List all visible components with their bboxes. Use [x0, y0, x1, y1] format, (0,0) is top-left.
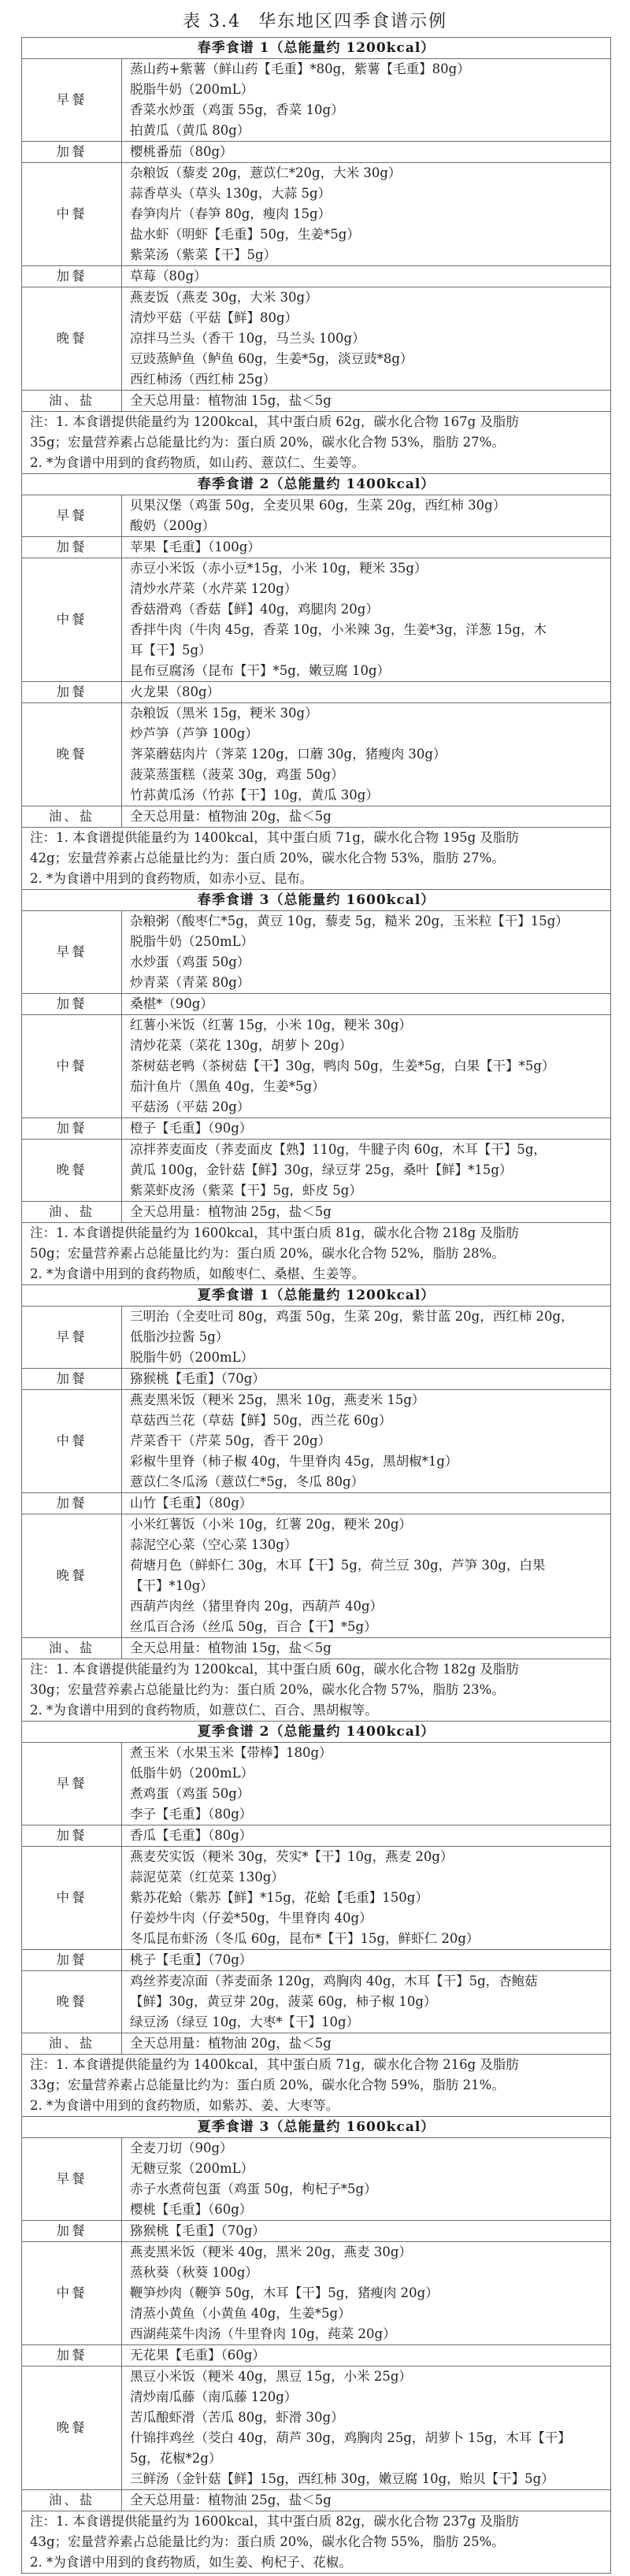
meal-label: 早餐: [22, 59, 122, 142]
dish-text-line: 清炒南瓜藤（南瓜藤 120g）: [130, 2387, 606, 2407]
meal-row: 油、盐全天总用量：植物油 25g，盐＜5g: [22, 1202, 611, 1223]
dish-item: 茄汁鱼片（黑鱼 40g，生姜*5g）: [130, 1077, 606, 1097]
meal-label: 晚餐: [22, 287, 122, 391]
meal-row: 中餐赤豆小米饭（赤小豆*15g，小米 10g，粳米 35g）清炒水芹菜（水芹菜 …: [22, 558, 611, 682]
dish-item: 李子【毛重】（80g）: [130, 1804, 606, 1825]
dish-item: 全天总用量：植物油 15g，盐＜5g: [130, 391, 606, 411]
meal-row: 早餐贝果汉堡（鸡蛋 50g，全麦贝果 60g，生菜 20g，西红柿 30g）酸奶…: [22, 495, 611, 537]
dish-item: 蒜泥空心菜（空心菜 130g）: [130, 1535, 606, 1555]
dish-item: 脱脂牛奶（200mL）: [130, 80, 606, 100]
meal-label: 加餐: [22, 142, 122, 163]
dish-item: 昆布豆腐汤（昆布【干】*5g，嫩豆腐 10g）: [130, 661, 606, 681]
meal-label: 晚餐: [22, 2367, 122, 2490]
dish-text-line: 全天总用量：植物油 25g，盐＜5g: [130, 2490, 606, 2511]
dish-text-line: 全天总用量：植物油 15g，盐＜5g: [130, 1638, 606, 1659]
meal-label: 早餐: [22, 1307, 122, 1369]
dish-item: 什锦拌鸡丝（茭白 40g，葫芦 30g，鸡胸肉 25g，胡萝卜 15g，木耳【干…: [130, 2428, 606, 2469]
note-line: 42g；宏量营养素占总能量比约为：蛋白质 20%，碳水化合物 53%，脂肪 27…: [30, 848, 606, 869]
meal-label: 油、盐: [22, 1202, 122, 1223]
meal-label: 中餐: [22, 163, 122, 266]
dish-text-line: 5g，花椒*2g）: [130, 2448, 606, 2469]
dish-text-line: 黄瓜 100g，金针菇【鲜】30g，绿豆芽 25g，桑叶【鲜】*15g）: [130, 1160, 606, 1181]
dish-text-line: 猕猴桃【毛重】（70g）: [130, 2221, 606, 2241]
note-line: 33g；宏量营养素占总能量比约为：蛋白质 20%，碳水化合物 59%，脂肪 21…: [30, 2075, 606, 2096]
meal-items: 小米红薯饭（小米 10g，红薯 20g，粳米 20g）蒜泥空心菜（空心菜 130…: [122, 1514, 611, 1638]
dish-text-line: 无花果【毛重】（60g）: [130, 2345, 606, 2366]
dish-item: 燕麦黑米饭（粳米 25g，黑米 10g，燕麦米 15g）: [130, 1390, 606, 1410]
meal-row: 晚餐杂粮饭（黑米 15g，粳米 30g）炒芦笋（芦笋 100g）荠菜蘑菇肉片（荠…: [22, 703, 611, 806]
menu-notes-row: 注：1. 本食谱提供能量约为 1400kcal，其中蛋白质 71g，碳水化合物 …: [22, 2055, 611, 2117]
dish-item: 樱桃【毛重】（60g）: [130, 2200, 606, 2220]
meal-items: 燕麦黑米饭（粳米 25g，黑米 10g，燕麦米 15g）草菇西兰花（草菇【鲜】5…: [122, 1390, 611, 1493]
menu-section-header-row: 春季食谱 3（总能量约 1600kcal）: [22, 890, 611, 911]
dish-item: 黑豆小米饭（粳米 40g，黑豆 15g，小米 25g）: [130, 2367, 606, 2387]
dish-item: 杂粮饭（藜麦 20g，薏苡仁*20g，大米 30g）: [130, 163, 606, 183]
meal-row: 加餐无花果【毛重】（60g）: [22, 2345, 611, 2367]
meal-row: 晚餐鸡丝荞麦凉面（荞麦面条 120g，鸡胸肉 40g，木耳【干】5g，杏鲍菇【鲜…: [22, 1971, 611, 2033]
dish-item: 红薯小米饭（红薯 15g，小米 10g，粳米 30g）: [130, 1015, 606, 1036]
note-line: 注：1. 本食谱提供能量约为 1400kcal，其中蛋白质 71g，碳水化合物 …: [30, 2055, 606, 2075]
meal-items: 黑豆小米饭（粳米 40g，黑豆 15g，小米 25g）清炒南瓜藤（南瓜藤 120…: [122, 2367, 611, 2490]
dish-text-line: 清蒸小黄鱼（小黄鱼 40g，生姜*5g）: [130, 2304, 606, 2324]
meal-label: 早餐: [22, 495, 122, 537]
dish-item: 平菇汤（平菇 20g）: [130, 1097, 606, 1118]
dish-item: 三鲜汤（金针菇【鲜】15g，西红柿 30g，嫩豆腐 10g，贻贝【干】5g）: [130, 2469, 606, 2489]
dish-text-line: 脱脂牛奶（200mL）: [130, 80, 606, 100]
dish-text-line: 茶树菇老鸭（茶树菇【干】30g，鸭肉 50g，生姜*5g，白果【干】*5g）: [130, 1056, 606, 1077]
meal-label: 加餐: [22, 537, 122, 558]
meal-items: 桃子【毛重】（70g）: [122, 1950, 611, 1971]
dish-text-line: 火龙果（80g）: [130, 682, 606, 702]
dish-item: 酸奶（200g）: [130, 516, 606, 536]
menu-notes: 注：1. 本食谱提供能量约为 1600kcal，其中蛋白质 81g，碳水化合物 …: [22, 1223, 611, 1285]
dish-text-line: 荠菜蘑菇肉片（荠菜 120g，口蘑 30g，猪瘦肉 30g）: [130, 744, 606, 765]
dish-text-line: 低脂沙拉酱 5g）: [130, 1327, 606, 1347]
meal-row: 中餐燕麦芡实饭（粳米 30g，芡实*【干】10g，燕麦 20g）蒜泥苋菜（红苋菜…: [22, 1847, 611, 1950]
meal-items: 橙子【毛重】（90g）: [122, 1118, 611, 1140]
dish-item: 全麦刀切（90g）: [130, 2138, 606, 2159]
dish-text-line: 清炒花菜（菜花 130g，胡萝卜 20g）: [130, 1036, 606, 1056]
meal-label: 油、盐: [22, 1638, 122, 1659]
dish-text-line: 丝瓜百合汤（丝瓜 50g，百合【干】*5g）: [130, 1617, 606, 1637]
meal-row: 中餐燕麦黑米饭（粳米 25g，黑米 10g，燕麦米 15g）草菇西兰花（草菇【鲜…: [22, 1390, 611, 1493]
dish-text-line: 凉拌荞麦面皮（荞麦面皮【熟】110g，牛腱子肉 60g，木耳【干】5g，: [130, 1140, 606, 1160]
meal-items: 猕猴桃【毛重】（70g）: [122, 2221, 611, 2242]
dish-item: 低脂牛奶（200mL）: [130, 1763, 606, 1784]
dish-item: 煮鸡蛋（鸡蛋 50g）: [130, 1784, 606, 1804]
dish-item: 赤豆小米饭（赤小豆*15g，小米 10g，粳米 35g）: [130, 558, 606, 579]
meal-items: 燕麦饭（燕麦 30g，大米 30g）清炒平菇（平菇【鲜】80g）凉拌马兰头（香干…: [122, 287, 611, 391]
dish-text-line: 贝果汉堡（鸡蛋 50g，全麦贝果 60g，生菜 20g，西红柿 30g）: [130, 495, 606, 516]
dish-text-line: 杂粮饭（藜麦 20g，薏苡仁*20g，大米 30g）: [130, 163, 606, 183]
dish-text-line: 脱脂牛奶（250mL）: [130, 932, 606, 952]
dish-item: 拍黄瓜（黄瓜 80g）: [130, 120, 606, 141]
meal-label: 早餐: [22, 911, 122, 994]
meal-row: 加餐樱桃番茄（80g）: [22, 142, 611, 163]
dish-item: 全天总用量：植物油 15g，盐＜5g: [130, 1638, 606, 1659]
meal-label: 加餐: [22, 1369, 122, 1390]
dish-item: 苦瓜酿虾滑（苦瓜 80g，虾滑 30g）: [130, 2407, 606, 2428]
note-line: 35g；宏量营养素占总能量比约为：蛋白质 20%，碳水化合物 53%，脂肪 27…: [30, 432, 606, 453]
dish-text-line: 草莓（80g）: [130, 266, 606, 287]
meal-label: 早餐: [22, 2138, 122, 2221]
seasonal-menu-table: 春季食谱 1（总能量约 1200kcal）早餐蒸山药+紫薯（鲜山药【毛重】*80…: [21, 37, 611, 2574]
note-line: 注：1. 本食谱提供能量约为 1600kcal，其中蛋白质 82g，碳水化合物 …: [30, 2511, 606, 2532]
note-line: 50g；宏量营养素占总能量比约为：蛋白质 20%，碳水化合物 52%，脂肪 28…: [30, 1244, 606, 1264]
dish-item: 草莓（80g）: [130, 266, 606, 287]
dish-item: 仔姜炒牛肉（仔姜*50g，牛里脊肉 40g）: [130, 1908, 606, 1929]
dish-text-line: 山竹【毛重】（80g）: [130, 1493, 606, 1514]
dish-item: 杂粮粥（酸枣仁*5g，黄豆 10g，藜麦 5g，糙米 20g，玉米粒【干】15g…: [130, 911, 606, 932]
dish-item: 鞭笋炒肉（鞭笋 50g，木耳【干】5g，猪瘦肉 20g）: [130, 2283, 606, 2304]
dish-text-line: 红薯小米饭（红薯 15g，小米 10g，粳米 30g）: [130, 1015, 606, 1036]
dish-text-line: 什锦拌鸡丝（茭白 40g，葫芦 30g，鸡胸肉 25g，胡萝卜 15g，木耳【干…: [130, 2428, 606, 2448]
dish-item: 荠菜蘑菇肉片（荠菜 120g，口蘑 30g，猪瘦肉 30g）: [130, 744, 606, 765]
dish-text-line: 香菜水炒蛋（鸡蛋 55g，香菜 10g）: [130, 100, 606, 120]
meal-row: 油、盐全天总用量：植物油 15g，盐＜5g: [22, 391, 611, 412]
meal-label: 油、盐: [22, 2490, 122, 2511]
meal-label: 加餐: [22, 1825, 122, 1847]
dish-text-line: 无糖豆浆（200mL）: [130, 2159, 606, 2179]
dish-text-line: 苦瓜酿虾滑（苦瓜 80g，虾滑 30g）: [130, 2407, 606, 2428]
note-line: 2. *为食谱中用到的食药物质，如生姜、枸杞子、花椒。: [30, 2552, 606, 2573]
dish-text-line: 煮玉米（水果玉米【带棒】180g）: [130, 1743, 606, 1763]
dish-text-line: 炒青菜（青菜 80g）: [130, 973, 606, 993]
dish-item: 竹荪黄瓜汤（竹荪【干】10g，黄瓜 30g）: [130, 785, 606, 806]
dish-text-line: 脱脂牛奶（200mL）: [130, 1347, 606, 1368]
dish-text-line: 猕猴桃【毛重】（70g）: [130, 1369, 606, 1389]
dish-item: 香菇滑鸡（香菇【鲜】40g，鸡腿肉 20g）: [130, 599, 606, 620]
meal-row: 加餐苹果【毛重】（100g）: [22, 537, 611, 558]
dish-text-line: 清炒水芹菜（水芹菜 120g）: [130, 579, 606, 599]
dish-item: 煮玉米（水果玉米【带棒】180g）: [130, 1743, 606, 1763]
dish-item: 彩椒牛里脊（柿子椒 40g，牛里脊肉 45g，黑胡椒*1g）: [130, 1451, 606, 1472]
table-number: 表 3.4: [183, 12, 241, 32]
dish-text-line: 全天总用量：植物油 25g，盐＜5g: [130, 1202, 606, 1222]
menu-section-header-row: 夏季食谱 3（总能量约 1600kcal）: [22, 2117, 611, 2138]
dish-text-line: 鞭笋炒肉（鞭笋 50g，木耳【干】5g，猪瘦肉 20g）: [130, 2283, 606, 2304]
meal-items: 无花果【毛重】（60g）: [122, 2345, 611, 2367]
meal-row: 加餐桑椹*（90g）: [22, 994, 611, 1015]
meal-items: 山竹【毛重】（80g）: [122, 1493, 611, 1514]
dish-text-line: 荷塘月色（鲜虾仁 30g，木耳【干】5g，荷兰豆 30g，芦笋 30g，白果: [130, 1555, 606, 1576]
meal-label: 加餐: [22, 2221, 122, 2242]
dish-item: 紫菜汤（紫菜【干】5g）: [130, 245, 606, 265]
dish-text-line: 苹果【毛重】（100g）: [130, 537, 606, 558]
dish-item: 豆豉蒸鲈鱼（鲈鱼 60g，生姜*5g，淡豆豉*8g）: [130, 349, 606, 369]
dish-text-line: 蒜香草头（草头 130g，大蒜 5g）: [130, 183, 606, 204]
meal-items: 三明治（全麦吐司 80g，鸡蛋 50g，生菜 20g，紫甘蓝 20g，西红柿 2…: [122, 1307, 611, 1369]
note-line: 2. *为食谱中用到的食药物质，如薏苡仁、百合、黑胡椒等。: [30, 1700, 606, 1721]
dish-text-line: 全天总用量：植物油 20g，盐＜5g: [130, 2033, 606, 2054]
dish-text-line: 紫苏花蛤（紫苏【鲜】*15g，花蛤【毛重】150g）: [130, 1888, 606, 1908]
dish-item: 冬瓜昆布虾汤（冬瓜 60g，昆布*【干】15g，鲜虾仁 20g）: [130, 1929, 606, 1949]
dish-text-line: 【干】*10g）: [130, 1576, 606, 1596]
dish-text-line: 橙子【毛重】（90g）: [130, 1118, 606, 1139]
meal-label: 中餐: [22, 1015, 122, 1118]
dish-item: 猕猴桃【毛重】（70g）: [130, 2221, 606, 2241]
dish-text-line: 小米红薯饭（小米 10g，红薯 20g，粳米 20g）: [130, 1514, 606, 1535]
dish-text-line: 炒芦笋（芦笋 100g）: [130, 724, 606, 744]
meal-row: 加餐山竹【毛重】（80g）: [22, 1493, 611, 1514]
meal-items: 鸡丝荞麦凉面（荞麦面条 120g，鸡胸肉 40g，木耳【干】5g，杏鲍菇【鲜】3…: [122, 1971, 611, 2033]
meal-items: 全天总用量：植物油 20g，盐＜5g: [122, 2033, 611, 2055]
dish-text-line: 冬瓜昆布虾汤（冬瓜 60g，昆布*【干】15g，鲜虾仁 20g）: [130, 1929, 606, 1949]
meal-label: 油、盐: [22, 806, 122, 828]
meal-row: 油、盐全天总用量：植物油 15g，盐＜5g: [22, 1638, 611, 1659]
meal-label: 加餐: [22, 2345, 122, 2367]
meal-row: 油、盐全天总用量：植物油 20g，盐＜5g: [22, 806, 611, 828]
meal-items: 全天总用量：植物油 20g，盐＜5g: [122, 806, 611, 828]
meal-row: 加餐橙子【毛重】（90g）: [22, 1118, 611, 1140]
dish-text-line: 黑豆小米饭（粳米 40g，黑豆 15g，小米 25g）: [130, 2367, 606, 2387]
meal-label: 晚餐: [22, 1971, 122, 2033]
dish-item: 蒜香草头（草头 130g，大蒜 5g）: [130, 183, 606, 204]
dish-text-line: 茄汁鱼片（黑鱼 40g，生姜*5g）: [130, 1077, 606, 1097]
meal-label: 中餐: [22, 1847, 122, 1950]
meal-row: 晚餐小米红薯饭（小米 10g，红薯 20g，粳米 20g）蒜泥空心菜（空心菜 1…: [22, 1514, 611, 1638]
note-line: 2. *为食谱中用到的食药物质，如赤小豆、昆布。: [30, 869, 606, 889]
dish-text-line: 樱桃番茄（80g）: [130, 142, 606, 162]
menu-notes: 注：1. 本食谱提供能量约为 1400kcal，其中蛋白质 71g，碳水化合物 …: [22, 2055, 611, 2117]
meal-row: 早餐蒸山药+紫薯（鲜山药【毛重】*80g，紫薯【毛重】80g）脱脂牛奶（200m…: [22, 59, 611, 142]
dish-item: 燕麦饭（燕麦 30g，大米 30g）: [130, 287, 606, 308]
dish-text-line: 拍黄瓜（黄瓜 80g）: [130, 120, 606, 141]
dish-text-line: 三鲜汤（金针菇【鲜】15g，西红柿 30g，嫩豆腐 10g，贻贝【干】5g）: [130, 2469, 606, 2489]
meal-row: 中餐红薯小米饭（红薯 15g，小米 10g，粳米 30g）清炒花菜（菜花 130…: [22, 1015, 611, 1118]
dish-text-line: 低脂牛奶（200mL）: [130, 1763, 606, 1784]
dish-text-line: 薏苡仁冬瓜汤（薏苡仁*5g，冬瓜 80g）: [130, 1472, 606, 1492]
dish-text-line: 耳【干】5g）: [130, 640, 606, 661]
dish-item: 清炒花菜（菜花 130g，胡萝卜 20g）: [130, 1036, 606, 1056]
menu-section-title: 春季食谱 3（总能量约 1600kcal）: [22, 890, 611, 911]
dish-text-line: 全麦刀切（90g）: [130, 2138, 606, 2159]
meal-row: 早餐全麦刀切（90g）无糖豆浆（200mL）赤子水煮荷包蛋（鸡蛋 50g，枸杞子…: [22, 2138, 611, 2221]
dish-item: 赤子水煮荷包蛋（鸡蛋 50g，枸杞子*5g）: [130, 2179, 606, 2200]
dish-text-line: 杂粮饭（黑米 15g，粳米 30g）: [130, 703, 606, 724]
dish-item: 清炒南瓜藤（南瓜藤 120g）: [130, 2387, 606, 2407]
dish-item: 猕猴桃【毛重】（70g）: [130, 1369, 606, 1389]
meal-items: 杂粮饭（藜麦 20g，薏苡仁*20g，大米 30g）蒜香草头（草头 130g，大…: [122, 163, 611, 266]
dish-text-line: 彩椒牛里脊（柿子椒 40g，牛里脊肉 45g，黑胡椒*1g）: [130, 1451, 606, 1472]
dish-text-line: 蒜泥空心菜（空心菜 130g）: [130, 1535, 606, 1555]
dish-item: 桑椹*（90g）: [130, 994, 606, 1014]
dish-item: 丝瓜百合汤（丝瓜 50g，百合【干】*5g）: [130, 1617, 606, 1637]
dish-item: 三明治（全麦吐司 80g，鸡蛋 50g，生菜 20g，紫甘蓝 20g，西红柿 2…: [130, 1307, 606, 1347]
meal-row: 加餐猕猴桃【毛重】（70g）: [22, 2221, 611, 2242]
dish-text-line: 全天总用量：植物油 20g，盐＜5g: [130, 806, 606, 827]
meal-items: 火龙果（80g）: [122, 682, 611, 703]
dish-item: 脱脂牛奶（250mL）: [130, 932, 606, 952]
meal-row: 加餐草莓（80g）: [22, 266, 611, 287]
meal-items: 全天总用量：植物油 25g，盐＜5g: [122, 2490, 611, 2511]
dish-text-line: 仔姜炒牛肉（仔姜*50g，牛里脊肉 40g）: [130, 1908, 606, 1929]
dish-text-line: 赤豆小米饭（赤小豆*15g，小米 10g，粳米 35g）: [130, 558, 606, 579]
dish-item: 清炒平菇（平菇【鲜】80g）: [130, 308, 606, 328]
dish-text-line: 香瓜【毛重】（80g）: [130, 1825, 606, 1846]
meal-row: 晚餐燕麦饭（燕麦 30g，大米 30g）清炒平菇（平菇【鲜】80g）凉拌马兰头（…: [22, 287, 611, 391]
dish-item: 盐水虾（明虾【毛重】50g，生姜*5g）: [130, 224, 606, 245]
menu-notes-row: 注：1. 本食谱提供能量约为 1400kcal，其中蛋白质 71g，碳水化合物 …: [22, 828, 611, 890]
dish-item: 全天总用量：植物油 25g，盐＜5g: [130, 1202, 606, 1222]
dish-item: 香拌牛肉（牛肉 45g，香菜 10g，小米辣 3g，生姜*3g，洋葱 15g，木…: [130, 620, 606, 661]
dish-text-line: 全天总用量：植物油 15g，盐＜5g: [130, 391, 606, 411]
dish-item: 清炒水芹菜（水芹菜 120g）: [130, 579, 606, 599]
dish-item: 紫菜虾皮汤（紫菜【干】5g，虾皮 5g）: [130, 1181, 606, 1201]
dish-item: 苹果【毛重】（100g）: [130, 537, 606, 558]
meal-row: 加餐猕猴桃【毛重】（70g）: [22, 1369, 611, 1390]
dish-text-line: 西葫芦肉丝（猪里脊肉 20g，西葫芦 40g）: [130, 1596, 606, 1617]
meal-items: 全天总用量：植物油 15g，盐＜5g: [122, 1638, 611, 1659]
dish-item: 西葫芦肉丝（猪里脊肉 20g，西葫芦 40g）: [130, 1596, 606, 1617]
menu-section-header-row: 春季食谱 2（总能量约 1400kcal）: [22, 474, 611, 495]
dish-item: 香菜水炒蛋（鸡蛋 55g，香菜 10g）: [130, 100, 606, 120]
dish-item: 荷塘月色（鲜虾仁 30g，木耳【干】5g，荷兰豆 30g，芦笋 30g，白果【干…: [130, 1555, 606, 1596]
dish-text-line: 草菇西兰花（草菇【鲜】50g，西兰花 60g）: [130, 1410, 606, 1431]
dish-text-line: 香菇滑鸡（香菇【鲜】40g，鸡腿肉 20g）: [130, 599, 606, 620]
dish-item: 茶树菇老鸭（茶树菇【干】30g，鸭肉 50g，生姜*5g，白果【干】*5g）: [130, 1056, 606, 1077]
dish-text-line: 燕麦黑米饭（粳米 40g，黑米 20g，燕麦 30g）: [130, 2242, 606, 2263]
meal-row: 油、盐全天总用量：植物油 20g，盐＜5g: [22, 2033, 611, 2055]
meal-label: 加餐: [22, 682, 122, 703]
dish-text-line: 芹菜香干（芹菜 50g，香干 20g）: [130, 1431, 606, 1451]
dish-item: 全天总用量：植物油 25g，盐＜5g: [130, 2490, 606, 2511]
dish-text-line: 三明治（全麦吐司 80g，鸡蛋 50g，生菜 20g，紫甘蓝 20g，西红柿 2…: [130, 1307, 606, 1327]
dish-item: 草菇西兰花（草菇【鲜】50g，西兰花 60g）: [130, 1410, 606, 1431]
meal-row: 加餐香瓜【毛重】（80g）: [22, 1825, 611, 1847]
dish-text-line: 蒸秋葵（秋葵 100g）: [130, 2263, 606, 2283]
meal-items: 全麦刀切（90g）无糖豆浆（200mL）赤子水煮荷包蛋（鸡蛋 50g，枸杞子*5…: [122, 2138, 611, 2221]
dish-text-line: 蒸山药+紫薯（鲜山药【毛重】*80g，紫薯【毛重】80g）: [130, 59, 606, 80]
dish-text-line: 燕麦饭（燕麦 30g，大米 30g）: [130, 287, 606, 308]
meal-items: 桑椹*（90g）: [122, 994, 611, 1015]
dish-item: 桃子【毛重】（70g）: [130, 1950, 606, 1970]
dish-item: 清蒸小黄鱼（小黄鱼 40g，生姜*5g）: [130, 2304, 606, 2324]
menu-table-body: 春季食谱 1（总能量约 1200kcal）早餐蒸山药+紫薯（鲜山药【毛重】*80…: [22, 38, 611, 2574]
dish-item: 无花果【毛重】（60g）: [130, 2345, 606, 2366]
dish-text-line: 桑椹*（90g）: [130, 994, 606, 1014]
dish-text-line: 蒜泥苋菜（红苋菜 130g）: [130, 1867, 606, 1888]
dish-item: 脱脂牛奶（200mL）: [130, 1347, 606, 1368]
meal-label: 加餐: [22, 994, 122, 1015]
dish-item: 凉拌荞麦面皮（荞麦面皮【熟】110g，牛腱子肉 60g，木耳【干】5g，黄瓜 1…: [130, 1140, 606, 1181]
dish-text-line: 【鲜】30g，黄豆芽 20g，菠菜 60g，柿子椒 10g）: [130, 1992, 606, 2012]
dish-item: 春笋肉片（春笋 80g，瘦肉 15g）: [130, 204, 606, 224]
menu-section-title: 夏季食谱 3（总能量约 1600kcal）: [22, 2117, 611, 2138]
menu-section-title: 春季食谱 1（总能量约 1200kcal）: [22, 38, 611, 59]
dish-text-line: 煮鸡蛋（鸡蛋 50g）: [130, 1784, 606, 1804]
dish-text-line: 燕麦芡实饭（粳米 30g，芡实*【干】10g，燕麦 20g）: [130, 1847, 606, 1867]
meal-items: 杂粮饭（黑米 15g，粳米 30g）炒芦笋（芦笋 100g）荠菜蘑菇肉片（荠菜 …: [122, 703, 611, 806]
meal-items: 苹果【毛重】（100g）: [122, 537, 611, 558]
dish-text-line: 杂粮粥（酸枣仁*5g，黄豆 10g，藜麦 5g，糙米 20g，玉米粒【干】15g…: [130, 911, 606, 932]
meal-label: 晚餐: [22, 703, 122, 806]
meal-items: 燕麦芡实饭（粳米 30g，芡实*【干】10g，燕麦 20g）蒜泥苋菜（红苋菜 1…: [122, 1847, 611, 1950]
dish-text-line: 豆豉蒸鲈鱼（鲈鱼 60g，生姜*5g，淡豆豉*8g）: [130, 349, 606, 369]
menu-notes: 注：1. 本食谱提供能量约为 1200kcal，其中蛋白质 62g，碳水化合物 …: [22, 412, 611, 474]
dish-item: 菠菜蒸蛋糕（菠菜 30g，鸡蛋 50g）: [130, 765, 606, 785]
dish-item: 燕麦芡实饭（粳米 30g，芡实*【干】10g，燕麦 20g）: [130, 1847, 606, 1867]
note-line: 2. *为食谱中用到的食药物质，如山药、薏苡仁、生姜等。: [30, 453, 606, 473]
dish-text-line: 绿豆汤（绿豆 10g，大枣*【干】10g）: [130, 2012, 606, 2033]
dish-text-line: 鸡丝荞麦凉面（荞麦面条 120g，鸡胸肉 40g，木耳【干】5g，杏鲍菇: [130, 1971, 606, 1992]
menu-notes-row: 注：1. 本食谱提供能量约为 1200kcal，其中蛋白质 62g，碳水化合物 …: [22, 412, 611, 474]
meal-row: 早餐三明治（全麦吐司 80g，鸡蛋 50g，生菜 20g，紫甘蓝 20g，西红柿…: [22, 1307, 611, 1369]
dish-text-line: 西红柿汤（西红柿 25g）: [130, 369, 606, 390]
meal-items: 煮玉米（水果玉米【带棒】180g）低脂牛奶（200mL）煮鸡蛋（鸡蛋 50g）李…: [122, 1743, 611, 1825]
meal-label: 中餐: [22, 558, 122, 682]
dish-item: 西湖莼菜牛肉汤（牛里脊肉 10g，莼菜 20g）: [130, 2324, 606, 2344]
dish-text-line: 李子【毛重】（80g）: [130, 1804, 606, 1825]
meal-items: 杂粮粥（酸枣仁*5g，黄豆 10g，藜麦 5g，糙米 20g，玉米粒【干】15g…: [122, 911, 611, 994]
meal-row: 晚餐凉拌荞麦面皮（荞麦面皮【熟】110g，牛腱子肉 60g，木耳【干】5g，黄瓜…: [22, 1140, 611, 1202]
menu-notes-row: 注：1. 本食谱提供能量约为 1600kcal，其中蛋白质 81g，碳水化合物 …: [22, 1223, 611, 1285]
dish-text-line: 桃子【毛重】（70g）: [130, 1950, 606, 1970]
dish-item: 蒜泥苋菜（红苋菜 130g）: [130, 1867, 606, 1888]
dish-text-line: 菠菜蒸蛋糕（菠菜 30g，鸡蛋 50g）: [130, 765, 606, 785]
dish-item: 蒸山药+紫薯（鲜山药【毛重】*80g，紫薯【毛重】80g）: [130, 59, 606, 80]
meal-row: 早餐煮玉米（水果玉米【带棒】180g）低脂牛奶（200mL）煮鸡蛋（鸡蛋 50g…: [22, 1743, 611, 1825]
meal-label: 中餐: [22, 1390, 122, 1493]
menu-section-title: 夏季食谱 2（总能量约 1400kcal）: [22, 1722, 611, 1743]
meal-label: 加餐: [22, 266, 122, 287]
dish-text-line: 春笋肉片（春笋 80g，瘦肉 15g）: [130, 204, 606, 224]
meal-label: 加餐: [22, 1118, 122, 1140]
menu-section-header-row: 春季食谱 1（总能量约 1200kcal）: [22, 38, 611, 59]
dish-text-line: 樱桃【毛重】（60g）: [130, 2200, 606, 2220]
dish-item: 香瓜【毛重】（80g）: [130, 1825, 606, 1846]
meal-label: 油、盐: [22, 391, 122, 412]
meal-items: 全天总用量：植物油 15g，盐＜5g: [122, 391, 611, 412]
dish-item: 火龙果（80g）: [130, 682, 606, 702]
meal-label: 晚餐: [22, 1514, 122, 1638]
dish-text-line: 盐水虾（明虾【毛重】50g，生姜*5g）: [130, 224, 606, 245]
meal-items: 贝果汉堡（鸡蛋 50g，全麦贝果 60g，生菜 20g，西红柿 30g）酸奶（2…: [122, 495, 611, 537]
menu-section-header-row: 夏季食谱 2（总能量约 1400kcal）: [22, 1722, 611, 1743]
dish-text-line: 竹荪黄瓜汤（竹荪【干】10g，黄瓜 30g）: [130, 785, 606, 806]
meal-row: 加餐火龙果（80g）: [22, 682, 611, 703]
meal-items: 赤豆小米饭（赤小豆*15g，小米 10g，粳米 35g）清炒水芹菜（水芹菜 12…: [122, 558, 611, 682]
dish-item: 蒸秋葵（秋葵 100g）: [130, 2263, 606, 2283]
note-line: 注：1. 本食谱提供能量约为 1600kcal，其中蛋白质 81g，碳水化合物 …: [30, 1223, 606, 1244]
note-line: 注：1. 本食谱提供能量约为 1400kcal，其中蛋白质 71g，碳水化合物 …: [30, 828, 606, 848]
dish-item: 山竹【毛重】（80g）: [130, 1493, 606, 1514]
meal-items: 香瓜【毛重】（80g）: [122, 1825, 611, 1847]
meal-items: 全天总用量：植物油 25g，盐＜5g: [122, 1202, 611, 1223]
meal-label: 晚餐: [22, 1140, 122, 1202]
meal-row: 中餐杂粮饭（藜麦 20g，薏苡仁*20g，大米 30g）蒜香草头（草头 130g…: [22, 163, 611, 266]
dish-text-line: 紫菜虾皮汤（紫菜【干】5g，虾皮 5g）: [130, 1181, 606, 1201]
meal-items: 燕麦黑米饭（粳米 40g，黑米 20g，燕麦 30g）蒸秋葵（秋葵 100g）鞭…: [122, 2242, 611, 2345]
dish-item: 绿豆汤（绿豆 10g，大枣*【干】10g）: [130, 2012, 606, 2033]
note-line: 注：1. 本食谱提供能量约为 1200kcal，其中蛋白质 60g，碳水化合物 …: [30, 1659, 606, 1680]
table-title: 华东地区四季食谱示例: [258, 12, 447, 32]
dish-item: 小米红薯饭（小米 10g，红薯 20g，粳米 20g）: [130, 1514, 606, 1535]
dish-item: 西红柿汤（西红柿 25g）: [130, 369, 606, 390]
dish-item: 炒青菜（青菜 80g）: [130, 973, 606, 993]
dish-item: 鸡丝荞麦凉面（荞麦面条 120g，鸡胸肉 40g，木耳【干】5g，杏鲍菇【鲜】3…: [130, 1971, 606, 2012]
menu-section-header-row: 夏季食谱 1（总能量约 1200kcal）: [22, 1285, 611, 1307]
dish-text-line: 平菇汤（平菇 20g）: [130, 1097, 606, 1118]
menu-section-title: 夏季食谱 1（总能量约 1200kcal）: [22, 1285, 611, 1307]
dish-item: 贝果汉堡（鸡蛋 50g，全麦贝果 60g，生菜 20g，西红柿 30g）: [130, 495, 606, 516]
dish-item: 杂粮饭（黑米 15g，粳米 30g）: [130, 703, 606, 724]
dish-item: 全天总用量：植物油 20g，盐＜5g: [130, 2033, 606, 2054]
dish-text-line: 赤子水煮荷包蛋（鸡蛋 50g，枸杞子*5g）: [130, 2179, 606, 2200]
menu-notes-row: 注：1. 本食谱提供能量约为 1600kcal，其中蛋白质 82g，碳水化合物 …: [22, 2511, 611, 2574]
dish-text-line: 昆布豆腐汤（昆布【干】*5g，嫩豆腐 10g）: [130, 661, 606, 681]
note-line: 2. *为食谱中用到的食药物质，如酸枣仁、桑椹、生姜等。: [30, 1264, 606, 1284]
